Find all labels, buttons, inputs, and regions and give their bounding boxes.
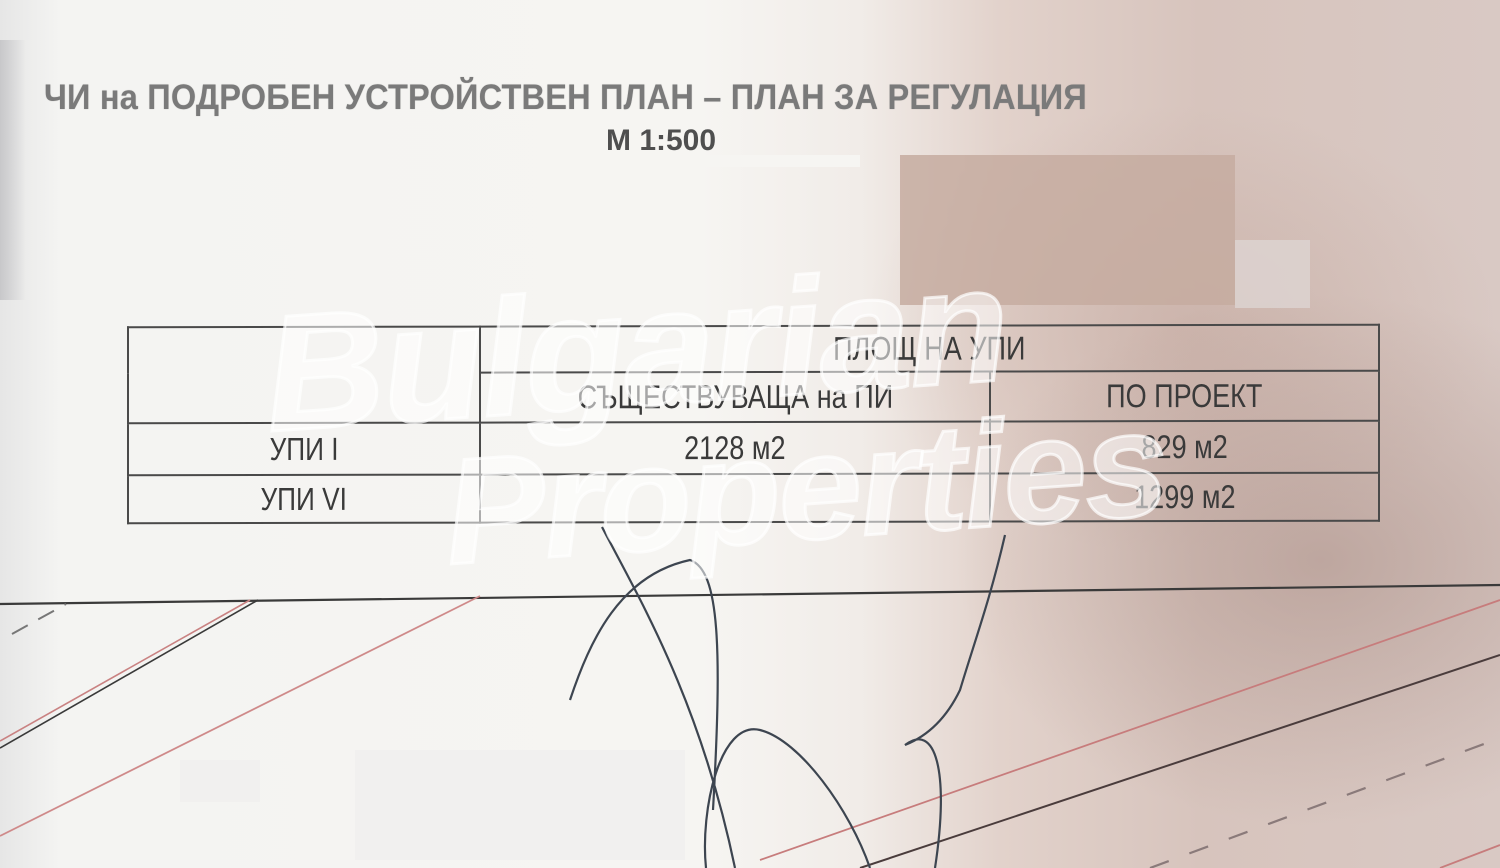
dashed-line-left: [12, 604, 66, 634]
area-table: ПЛОЩ НА УПИ СЪЩЕСТВУВАЩА на ПИ ПО ПРОЕКТ…: [127, 324, 1380, 525]
dashed-line-right: [1150, 738, 1500, 868]
boundary-line: [0, 585, 1500, 604]
redacted-area-bottom-mid: [355, 750, 685, 860]
empty-header-cell: [128, 327, 480, 424]
table-row: УПИ VI 1299 м2: [128, 473, 1379, 524]
plot-line-red-right: [760, 600, 1500, 860]
column-header-project: ПО ПРОЕКТ: [990, 371, 1379, 422]
cell-project: 1299 м2: [990, 473, 1379, 522]
table-group-header: ПЛОЩ НА УПИ: [480, 325, 1379, 373]
cell-existing: [480, 474, 990, 523]
column-header-existing: СЪЩЕСТВУВАЩА на ПИ: [480, 372, 990, 423]
diagonal-line-red: [0, 600, 250, 741]
plot-line-dark-right: [860, 655, 1500, 868]
cell-existing: 2128 м2: [480, 422, 990, 475]
cell-project: 829 м2: [990, 421, 1379, 474]
plot-line-red-bottom: [1440, 845, 1500, 868]
table-row: УПИ I 2128 м2 829 м2: [128, 421, 1379, 476]
redacted-area-bottom-left: [180, 760, 260, 802]
row-label: УПИ VI: [128, 475, 480, 524]
row-label: УПИ I: [128, 423, 480, 476]
